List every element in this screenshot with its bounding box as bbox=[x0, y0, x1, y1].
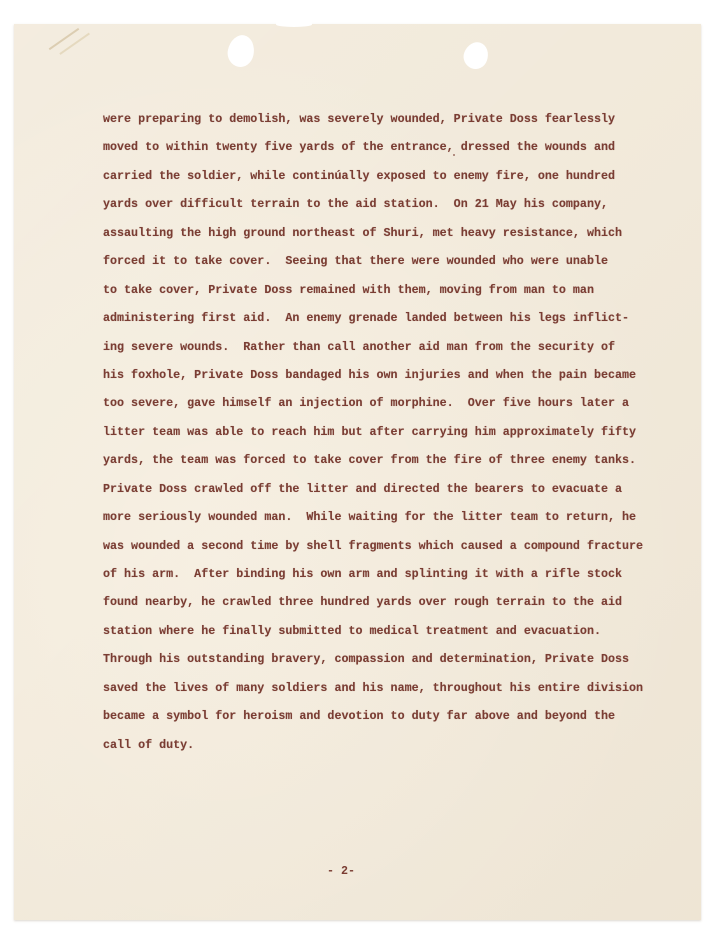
paper-crease-mark bbox=[49, 28, 80, 50]
text-line: ing severe wounds. Rather than call anot… bbox=[103, 333, 643, 361]
text-line: yards, the team was forced to take cover… bbox=[103, 446, 643, 474]
text-line: was wounded a second time by shell fragm… bbox=[103, 532, 643, 560]
document-page: were preparing to demolish, was severely… bbox=[14, 24, 701, 920]
ink-speck bbox=[453, 154, 455, 156]
punch-hole-right bbox=[460, 39, 492, 73]
text-line: station where he finally submitted to me… bbox=[103, 617, 643, 645]
text-line: too severe, gave himself an injection of… bbox=[103, 389, 643, 417]
body-text: were preparing to demolish, was severely… bbox=[103, 105, 643, 759]
page-number: - 2- bbox=[327, 864, 355, 878]
punch-hole-left bbox=[225, 33, 257, 70]
text-line: Through his outstanding bravery, compass… bbox=[103, 645, 643, 673]
text-line: to take cover, Private Doss remained wit… bbox=[103, 276, 643, 304]
text-line: Private Doss crawled off the litter and … bbox=[103, 475, 643, 503]
text-line: became a symbol for heroism and devotion… bbox=[103, 702, 643, 730]
text-line: administering first aid. An enemy grenad… bbox=[103, 304, 643, 332]
text-line: yards over difficult terrain to the aid … bbox=[103, 190, 643, 218]
text-line: forced it to take cover. Seeing that the… bbox=[103, 247, 643, 275]
text-line: moved to within twenty five yards of the… bbox=[103, 133, 643, 161]
text-line: more seriously wounded man. While waitin… bbox=[103, 503, 643, 531]
text-line: litter team was able to reach him but af… bbox=[103, 418, 643, 446]
text-line: of his arm. After binding his own arm an… bbox=[103, 560, 643, 588]
text-line: carried the soldier, while continúally e… bbox=[103, 162, 643, 190]
text-line: call of duty. bbox=[103, 731, 643, 759]
text-line: saved the lives of many soldiers and his… bbox=[103, 674, 643, 702]
paper-tear bbox=[276, 22, 312, 27]
text-line: found nearby, he crawled three hundred y… bbox=[103, 588, 643, 616]
text-line: his foxhole, Private Doss bandaged his o… bbox=[103, 361, 643, 389]
text-line: assaulting the high ground northeast of … bbox=[103, 219, 643, 247]
text-line: were preparing to demolish, was severely… bbox=[103, 105, 643, 133]
